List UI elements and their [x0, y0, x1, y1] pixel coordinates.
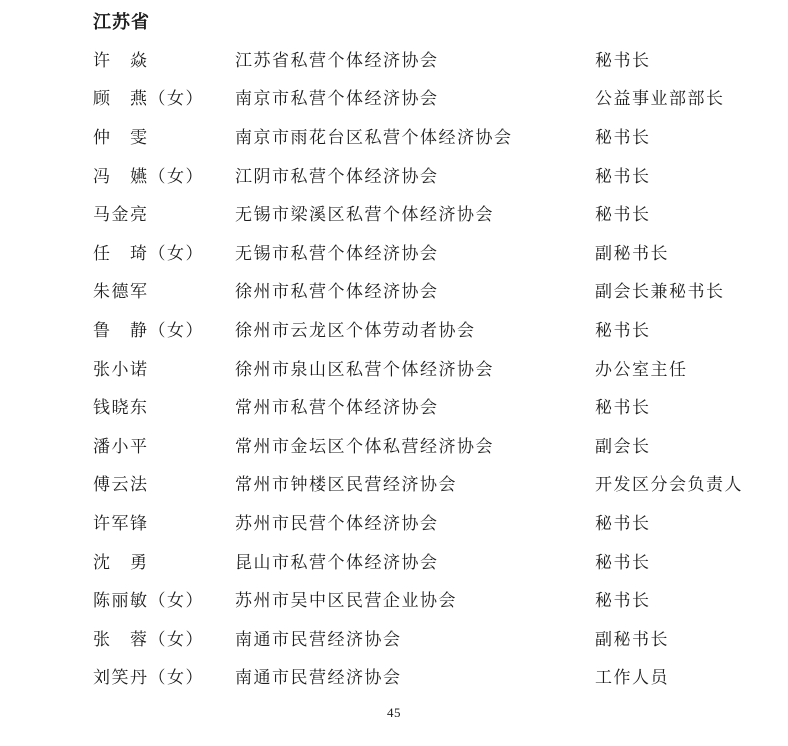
person-name: 马金亮	[93, 206, 235, 223]
province-header: 江苏省	[93, 8, 150, 34]
person-name: 许 焱	[93, 52, 235, 69]
position-title: 秘书长	[595, 322, 778, 339]
roster-row: 许军锋 苏州市民营个体经济协会 秘书长	[93, 504, 778, 543]
roster-row: 冯 嬿（女） 江阴市私营个体经济协会 秘书长	[93, 157, 778, 196]
organization-name: 南通市民营经济协会	[235, 631, 595, 648]
organization-name: 南京市雨花台区私营个体经济协会	[235, 129, 595, 146]
person-name: 朱德军	[93, 283, 235, 300]
position-title: 副秘书长	[595, 245, 778, 262]
position-title: 副会长兼秘书长	[595, 283, 778, 300]
roster-row: 张 蓉（女） 南通市民营经济协会 副秘书长	[93, 620, 778, 659]
position-title: 秘书长	[595, 129, 778, 146]
organization-name: 南通市民营经济协会	[235, 669, 595, 686]
roster-table: 许 焱 江苏省私营个体经济协会 秘书长 顾 燕（女） 南京市私营个体经济协会 公…	[93, 41, 778, 697]
roster-row: 钱晓东 常州市私营个体经济协会 秘书长	[93, 388, 778, 427]
person-name: 刘笑丹（女）	[93, 669, 235, 686]
organization-name: 苏州市吴中区民营企业协会	[235, 592, 595, 609]
organization-name: 徐州市云龙区个体劳动者协会	[235, 322, 595, 339]
person-name: 仲 雯	[93, 129, 235, 146]
roster-row: 许 焱 江苏省私营个体经济协会 秘书长	[93, 41, 778, 80]
position-title: 工作人员	[595, 669, 778, 686]
person-name: 陈丽敏（女）	[93, 592, 235, 609]
position-title: 秘书长	[595, 592, 778, 609]
organization-name: 常州市钟楼区民营经济协会	[235, 476, 595, 493]
organization-name: 昆山市私营个体经济协会	[235, 554, 595, 571]
person-name: 钱晓东	[93, 399, 235, 416]
page-number: 45	[0, 705, 788, 721]
position-title: 公益事业部部长	[595, 90, 778, 107]
document-page: 江苏省 许 焱 江苏省私营个体经济协会 秘书长 顾 燕（女） 南京市私营个体经济…	[0, 0, 788, 746]
person-name: 潘小平	[93, 438, 235, 455]
position-title: 副秘书长	[595, 631, 778, 648]
person-name: 鲁 静（女）	[93, 322, 235, 339]
person-name: 张小诺	[93, 361, 235, 378]
person-name: 张 蓉（女）	[93, 631, 235, 648]
organization-name: 无锡市私营个体经济协会	[235, 245, 595, 262]
position-title: 办公室主任	[595, 361, 778, 378]
position-title: 秘书长	[595, 168, 778, 185]
organization-name: 苏州市民营个体经济协会	[235, 515, 595, 532]
position-title: 开发区分会负责人	[595, 476, 778, 493]
roster-row: 顾 燕（女） 南京市私营个体经济协会 公益事业部部长	[93, 80, 778, 119]
person-name: 沈 勇	[93, 554, 235, 571]
person-name: 许军锋	[93, 515, 235, 532]
organization-name: 徐州市私营个体经济协会	[235, 283, 595, 300]
position-title: 秘书长	[595, 206, 778, 223]
position-title: 副会长	[595, 438, 778, 455]
person-name: 冯 嬿（女）	[93, 168, 235, 185]
person-name: 傅云法	[93, 476, 235, 493]
roster-row: 鲁 静（女） 徐州市云龙区个体劳动者协会 秘书长	[93, 311, 778, 350]
position-title: 秘书长	[595, 399, 778, 416]
person-name: 任 琦（女）	[93, 245, 235, 262]
position-title: 秘书长	[595, 515, 778, 532]
roster-row: 潘小平 常州市金坛区个体私营经济协会 副会长	[93, 427, 778, 466]
roster-row: 张小诺 徐州市泉山区私营个体经济协会 办公室主任	[93, 350, 778, 389]
roster-row: 朱德军 徐州市私营个体经济协会 副会长兼秘书长	[93, 273, 778, 312]
person-name: 顾 燕（女）	[93, 90, 235, 107]
position-title: 秘书长	[595, 52, 778, 69]
organization-name: 江阴市私营个体经济协会	[235, 168, 595, 185]
position-title: 秘书长	[595, 554, 778, 571]
organization-name: 南京市私营个体经济协会	[235, 90, 595, 107]
roster-row: 任 琦（女） 无锡市私营个体经济协会 副秘书长	[93, 234, 778, 273]
roster-row: 沈 勇 昆山市私营个体经济协会 秘书长	[93, 543, 778, 582]
organization-name: 无锡市梁溪区私营个体经济协会	[235, 206, 595, 223]
organization-name: 徐州市泉山区私营个体经济协会	[235, 361, 595, 378]
organization-name: 常州市金坛区个体私营经济协会	[235, 438, 595, 455]
roster-row: 傅云法 常州市钟楼区民营经济协会 开发区分会负责人	[93, 466, 778, 505]
organization-name: 江苏省私营个体经济协会	[235, 52, 595, 69]
roster-row: 马金亮 无锡市梁溪区私营个体经济协会 秘书长	[93, 195, 778, 234]
roster-row: 刘笑丹（女） 南通市民营经济协会 工作人员	[93, 659, 778, 698]
organization-name: 常州市私营个体经济协会	[235, 399, 595, 416]
roster-row: 仲 雯 南京市雨花台区私营个体经济协会 秘书长	[93, 118, 778, 157]
roster-row: 陈丽敏（女） 苏州市吴中区民营企业协会 秘书长	[93, 581, 778, 620]
